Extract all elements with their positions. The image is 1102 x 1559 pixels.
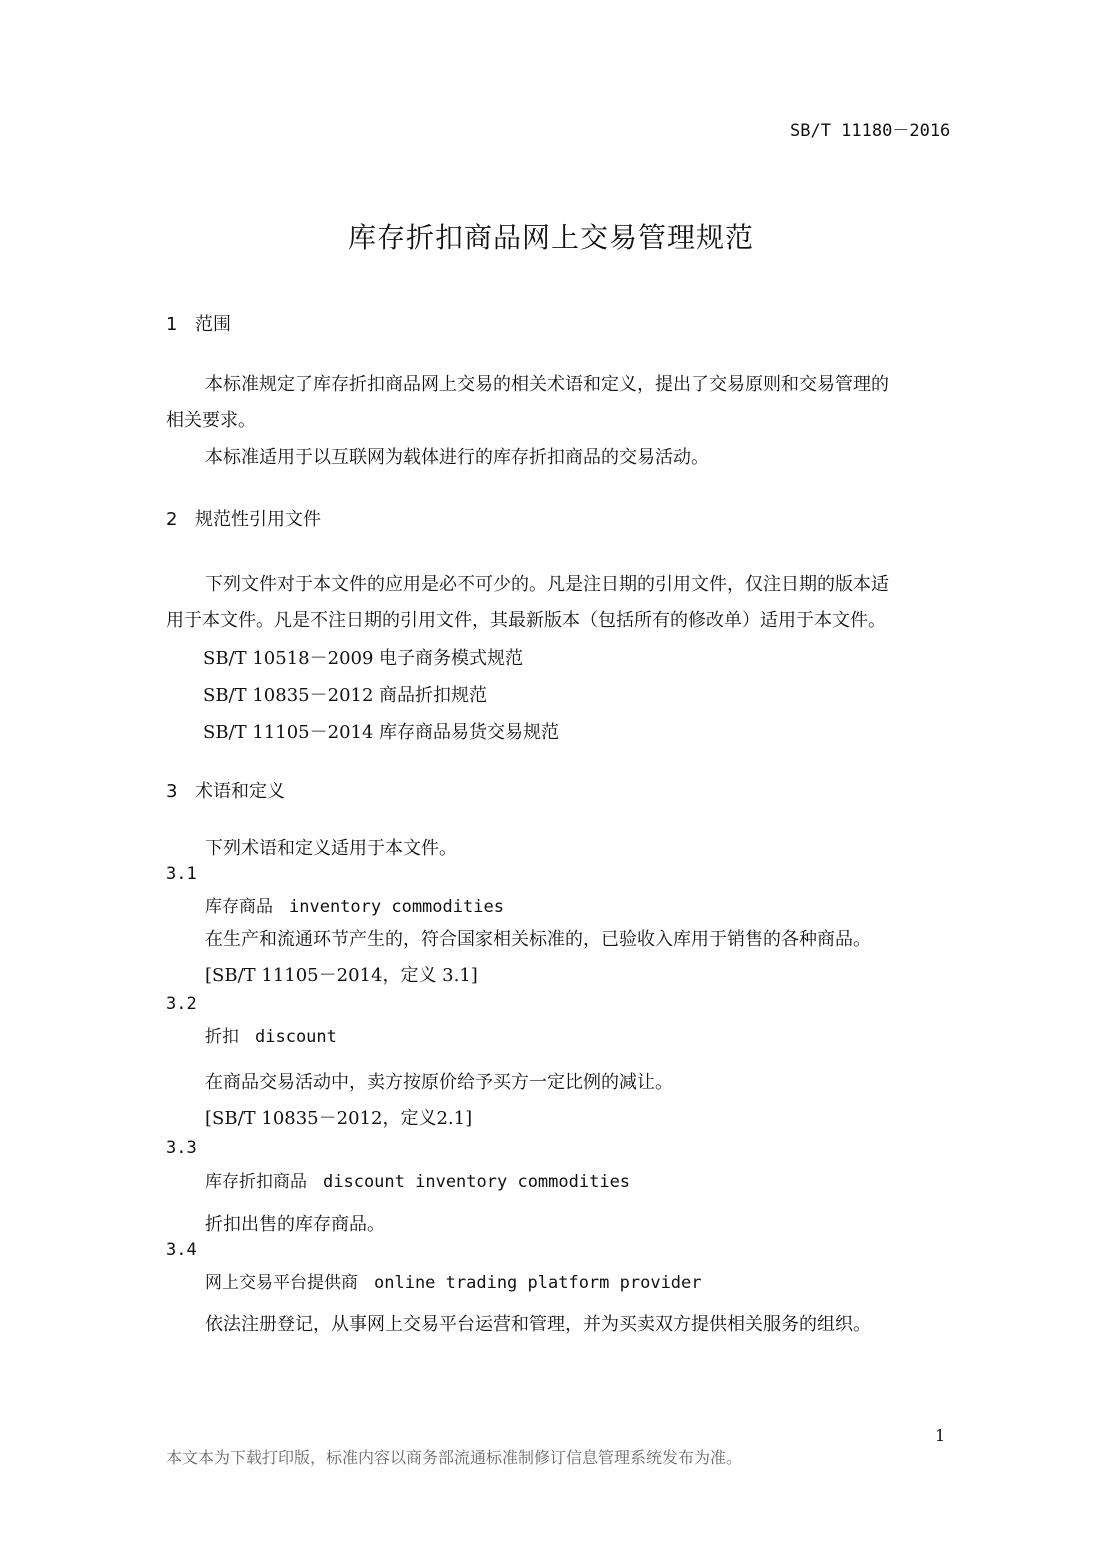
term-zh: 库存折扣商品 bbox=[205, 1172, 307, 1192]
term-en: inventory commodities bbox=[289, 897, 504, 917]
term-source: [SB/T 11105－2014，定义 3.1] bbox=[205, 961, 478, 987]
term-zh: 网上交易平台提供商 bbox=[205, 1273, 358, 1293]
term-number: 3.2 bbox=[166, 994, 197, 1014]
term-zh: 库存商品 bbox=[205, 897, 273, 917]
section-title: 规范性引用文件 bbox=[195, 509, 321, 530]
term-zh: 折扣 bbox=[205, 1027, 239, 1047]
reference-item: SB/T 10518－2009电子商务模式规范 bbox=[203, 644, 523, 670]
paragraph: 本标准规定了库存折扣商品网上交易的相关术语和定义，提出了交易原则和交易管理的 bbox=[205, 370, 889, 396]
section-number: 3 bbox=[166, 781, 195, 802]
term-heading: 折扣discount bbox=[205, 1022, 337, 1047]
term-number: 3.3 bbox=[166, 1138, 197, 1158]
term-number: 3.1 bbox=[166, 864, 197, 884]
term-definition: 折扣出售的库存商品。 bbox=[205, 1210, 385, 1236]
standard-number: SB/T 11180－2016 bbox=[790, 116, 950, 141]
reference-name: 商品折扣规范 bbox=[379, 685, 487, 706]
term-source: [SB/T 10835－2012，定义2.1] bbox=[205, 1104, 472, 1130]
reference-code: SB/T 10835－2012 bbox=[203, 681, 379, 707]
paragraph: 下列术语和定义适用于本文件。 bbox=[205, 834, 457, 860]
section-1-heading: 1范围 bbox=[166, 310, 231, 336]
term-en: discount bbox=[255, 1027, 337, 1047]
reference-name: 库存商品易货交易规范 bbox=[379, 722, 559, 743]
footer-note: 本文本为下载打印版，标准内容以商务部流通标准制修订信息管理系统发布为准。 bbox=[166, 1445, 742, 1468]
document-title: 库存折扣商品网上交易管理规范 bbox=[0, 216, 1102, 256]
paragraph: 用于本文件。凡是不注日期的引用文件，其最新版本（包括所有的修改单）适用于本文件。 bbox=[166, 606, 886, 632]
paragraph: 下列文件对于本文件的应用是必不可少的。凡是注日期的引用文件，仅注日期的版本适 bbox=[205, 570, 889, 596]
reference-item: SB/T 11105－2014库存商品易货交易规范 bbox=[203, 718, 559, 744]
term-heading: 库存折扣商品discount inventory commodities bbox=[205, 1167, 630, 1192]
section-2-heading: 2规范性引用文件 bbox=[166, 505, 321, 531]
page-number: 1 bbox=[935, 1426, 945, 1445]
reference-code: SB/T 10518－2009 bbox=[203, 644, 379, 670]
term-definition: 依法注册登记，从事网上交易平台运营和管理，并为买卖双方提供相关服务的组织。 bbox=[205, 1310, 871, 1336]
term-en: online trading platform provider bbox=[374, 1273, 702, 1293]
section-title: 范围 bbox=[195, 314, 231, 335]
term-en: discount inventory commodities bbox=[323, 1172, 630, 1192]
section-number: 2 bbox=[166, 509, 195, 530]
section-title: 术语和定义 bbox=[195, 781, 285, 802]
term-definition: 在生产和流通环节产生的，符合国家相关标准的，已验收入库用于销售的各种商品。 bbox=[205, 925, 871, 951]
section-3-heading: 3术语和定义 bbox=[166, 777, 285, 803]
term-number: 3.4 bbox=[166, 1240, 197, 1260]
term-heading: 网上交易平台提供商online trading platform provide… bbox=[205, 1268, 702, 1293]
reference-code: SB/T 11105－2014 bbox=[203, 718, 379, 744]
paragraph: 本标准适用于以互联网为载体进行的库存折扣商品的交易活动。 bbox=[205, 443, 709, 469]
section-number: 1 bbox=[166, 314, 195, 335]
term-definition: 在商品交易活动中，卖方按原价给予买方一定比例的减让。 bbox=[205, 1068, 673, 1094]
reference-name: 电子商务模式规范 bbox=[379, 648, 523, 669]
paragraph: 相关要求。 bbox=[166, 406, 256, 432]
term-heading: 库存商品inventory commodities bbox=[205, 892, 504, 917]
reference-item: SB/T 10835－2012商品折扣规范 bbox=[203, 681, 487, 707]
